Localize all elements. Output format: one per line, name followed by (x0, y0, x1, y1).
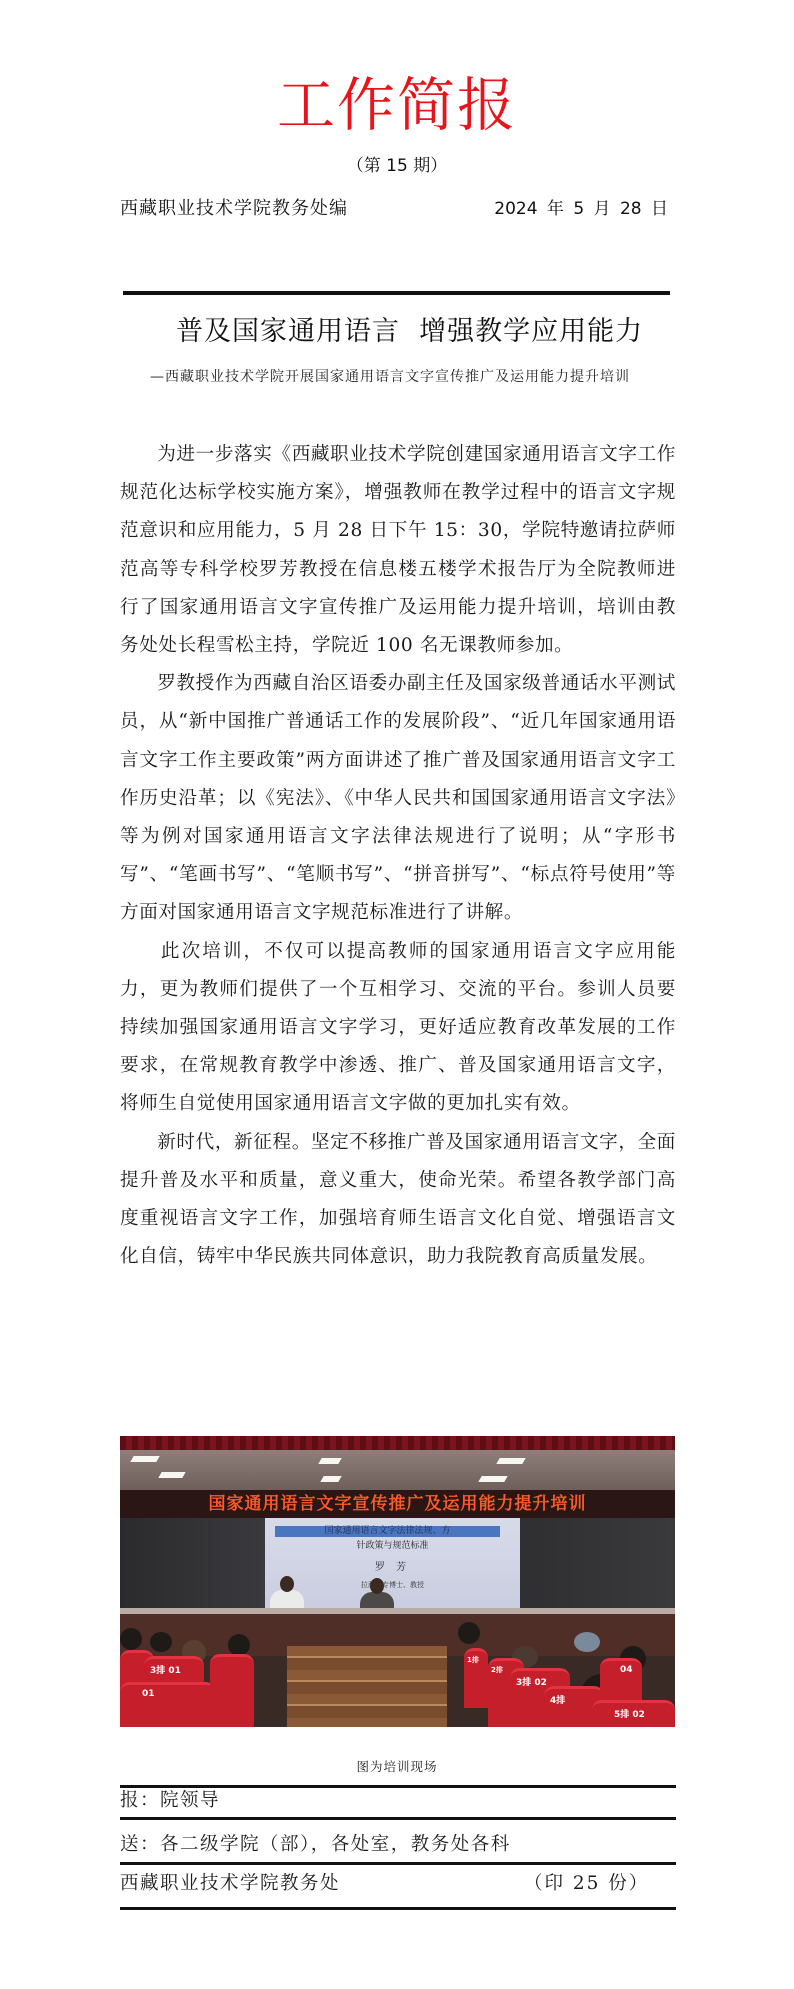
seat-label: 1排 (467, 1656, 479, 1664)
publication-date: 2024 年 5 月 28 日 (494, 196, 668, 222)
slide-affiliation: 拉萨师专博士、教授 (265, 1580, 520, 1590)
host-head (280, 1576, 294, 1592)
led-banner: 国家通用语言文字宣传推广及运用能力提升培训 (120, 1490, 675, 1518)
publisher: 西藏职业技术学院教务处编 (120, 196, 348, 222)
stage-curtain (120, 1436, 675, 1450)
article-paragraph: 罗教授作为西藏自治区语委办副主任及国家级普通话水平测试员，从“新中国推广普通话工… (120, 665, 676, 932)
issuer: 西藏职业技术学院教务处 (120, 1871, 340, 1897)
slide-title-line2: 针政策与规范标准 (265, 1538, 520, 1551)
seat (210, 1654, 254, 1727)
ceiling-light (320, 1476, 341, 1482)
article-paragraph: 新时代，新征程。坚定不移推广普及国家通用语言文字，全面提升普及水平和质量，意义重… (120, 1124, 676, 1277)
speaker-head (370, 1578, 384, 1594)
footer-rule (120, 1817, 676, 1820)
ceiling-light (130, 1456, 159, 1462)
audience-head (120, 1628, 142, 1650)
send-to: 送：各二级学院（部），各处室，教务处各科 (120, 1832, 511, 1858)
audience-head (458, 1622, 480, 1644)
slide-title: 国家通用语言文字法律法规、方 (275, 1526, 500, 1537)
ceiling-light (496, 1458, 525, 1464)
seat-label: 2排 (491, 1666, 503, 1674)
projection-screen: 国家通用语言文字法律法规、方 针政策与规范标准 罗 芳 拉萨师专博士、教授 (265, 1518, 520, 1610)
seat-label: 4排 (550, 1696, 565, 1706)
seat-label: 01 (168, 1666, 181, 1676)
audience-head (228, 1634, 250, 1656)
seat-label: 3排 (516, 1678, 531, 1688)
copies-count: （印 25 份） (524, 1871, 649, 1897)
seat: 5排 02 (592, 1700, 675, 1727)
ceiling (120, 1450, 675, 1490)
seat-label: 04 (620, 1665, 633, 1675)
report-to: 报：院领导 (120, 1788, 220, 1814)
training-photo: 国家通用语言文字宣传推广及运用能力提升培训 国家通用语言文字法律法规、方 针政策… (120, 1436, 675, 1727)
article-body: 为进一步落实《西藏职业技术学院创建国家通用语言文字工作规范化达标学校实施方案》，… (120, 436, 676, 1276)
slide-presenter: 罗 芳 (265, 1558, 520, 1573)
audience-head (150, 1632, 172, 1652)
seat-label: 3排 (150, 1666, 165, 1676)
seat-label: 02 (534, 1678, 547, 1688)
seat-label: 5排 (614, 1710, 629, 1720)
article-headline: 普及国家通用语言 增强教学应用能力 (176, 312, 643, 352)
ceiling-light (478, 1476, 507, 1482)
footer-rule (120, 1907, 676, 1910)
issue-number: （第 15 期） (0, 154, 794, 178)
ceiling-light (158, 1472, 185, 1478)
article-subhead: —西藏职业技术学院开展国家通用语言文字宣传推广及运用能力提升培训 (150, 366, 630, 388)
ceiling-light (318, 1458, 341, 1464)
photo-caption: 图为培训现场 (0, 1758, 794, 1776)
seat-label: 02 (632, 1710, 645, 1720)
article-paragraph: 为进一步落实《西藏职业技术学院创建国家通用语言文字工作规范化达标学校实施方案》，… (120, 436, 676, 665)
seat: 1排 (464, 1648, 488, 1708)
footer-rule (120, 1862, 676, 1865)
stage-steps (287, 1646, 447, 1727)
article-paragraph: 此次培训，不仅可以提高教师的国家通用语言文字应用能力，更为教师们提供了一个互相学… (120, 933, 676, 1124)
masthead-divider (123, 291, 670, 295)
bulletin-title: 工作简报 (0, 70, 794, 140)
seat-label: 01 (142, 1689, 155, 1699)
audience-head (574, 1632, 600, 1652)
seat: 01 (120, 1682, 216, 1727)
